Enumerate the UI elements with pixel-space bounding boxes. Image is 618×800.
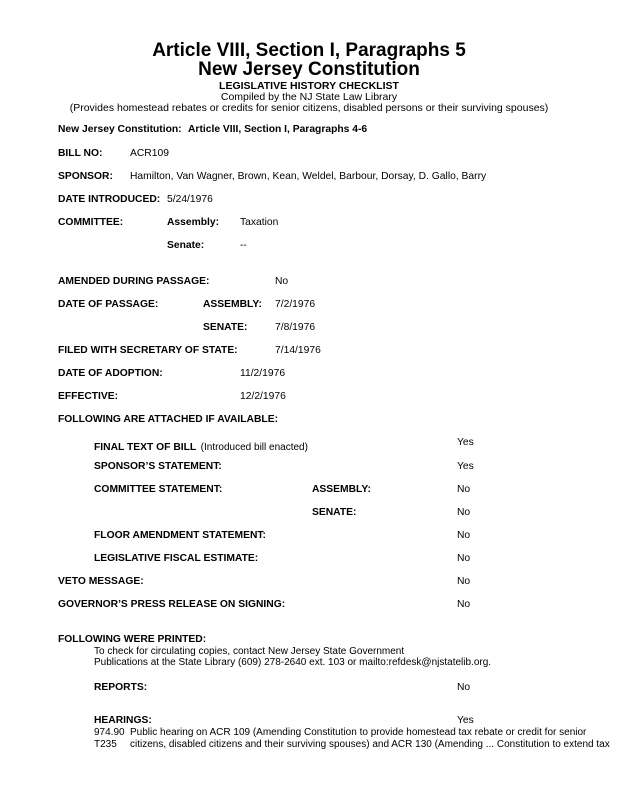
committee-label: COMMITTEE: bbox=[58, 217, 123, 228]
sponsor-value: Hamilton, Van Wagner, Brown, Kean, Welde… bbox=[130, 171, 486, 182]
adoption-label: DATE OF ADOPTION: bbox=[58, 368, 163, 379]
hearing-call-no-2: T235 bbox=[94, 739, 117, 750]
press-release-label: GOVERNOR’S PRESS RELEASE ON SIGNING: bbox=[58, 599, 285, 610]
committee-senate-value: -- bbox=[240, 240, 247, 251]
title-line-1: Article VIII, Section I, Paragraphs 5 bbox=[0, 41, 618, 61]
bill-no-label: BILL NO: bbox=[58, 148, 102, 159]
committee-statement-senate-label: SENATE: bbox=[312, 507, 356, 518]
sponsor-statement-label: SPONSOR’S STATEMENT: bbox=[94, 461, 222, 472]
press-release-value: No bbox=[457, 599, 470, 610]
committee-assembly-value: Taxation bbox=[240, 217, 278, 228]
committee-statement-senate-value: No bbox=[457, 507, 470, 518]
constitution-value: Article VIII, Section I, Paragraphs 4-6 bbox=[188, 124, 367, 135]
passage-assembly-label: ASSEMBLY: bbox=[203, 299, 262, 310]
printed-note-prefix: Publications at the State Library (609) … bbox=[94, 657, 359, 668]
printed-note-line-1: To check for circulating copies, contact… bbox=[94, 646, 404, 657]
fiscal-estimate-value: No bbox=[457, 553, 470, 564]
adoption-value: 11/2/1976 bbox=[240, 368, 285, 379]
passage-label: DATE OF PASSAGE: bbox=[58, 299, 158, 310]
constitution-label: New Jersey Constitution: bbox=[58, 124, 182, 135]
passage-assembly-value: 7/2/1976 bbox=[275, 299, 315, 310]
fiscal-estimate-label: LEGISLATIVE FISCAL ESTIMATE: bbox=[94, 553, 258, 564]
reports-value: No bbox=[457, 682, 470, 693]
sponsor-statement-value: Yes bbox=[457, 461, 474, 472]
hearing-text-line-1: Public hearing on ACR 109 (Amending Cons… bbox=[130, 727, 586, 738]
committee-statement-assembly-label: ASSEMBLY: bbox=[312, 484, 371, 495]
committee-statement-label: COMMITTEE STATEMENT: bbox=[94, 484, 222, 495]
printed-note-suffix: . bbox=[488, 657, 491, 668]
title-line-2: New Jersey Constitution bbox=[0, 60, 618, 80]
passage-senate-label: SENATE: bbox=[203, 322, 247, 333]
final-text-row: FINAL TEXT OF BILL (Introduced bill enac… bbox=[94, 437, 308, 455]
hearings-value: Yes bbox=[457, 715, 474, 726]
final-text-label: FINAL TEXT OF BILL bbox=[94, 442, 196, 453]
description: (Provides homestead rebates or credits f… bbox=[0, 102, 618, 114]
floor-amendment-value: No bbox=[457, 530, 470, 541]
date-introduced-value: 5/24/1976 bbox=[167, 194, 213, 205]
date-introduced-label: DATE INTRODUCED: bbox=[58, 194, 160, 205]
final-text-value: Yes bbox=[457, 437, 474, 448]
passage-senate-value: 7/8/1976 bbox=[275, 322, 315, 333]
filed-label: FILED WITH SECRETARY OF STATE: bbox=[58, 345, 238, 356]
final-text-note: (Introduced bill enacted) bbox=[201, 442, 308, 453]
sponsor-label: SPONSOR: bbox=[58, 171, 113, 182]
amended-value: No bbox=[275, 276, 288, 287]
attached-heading: FOLLOWING ARE ATTACHED IF AVAILABLE: bbox=[58, 414, 278, 425]
filed-value: 7/14/1976 bbox=[275, 345, 321, 356]
refdesk-email-link[interactable]: mailto:refdesk@njstatelib.org bbox=[359, 657, 488, 668]
hearing-text-line-2: citizens, disabled citizens and their su… bbox=[130, 739, 610, 750]
printed-note-line-2: Publications at the State Library (609) … bbox=[94, 657, 491, 668]
committee-senate-label: Senate: bbox=[167, 240, 204, 251]
amended-label: AMENDED DURING PASSAGE: bbox=[58, 276, 209, 287]
reports-label: REPORTS: bbox=[94, 682, 147, 693]
effective-label: EFFECTIVE: bbox=[58, 391, 118, 402]
bill-no-value: ACR109 bbox=[130, 148, 169, 159]
veto-value: No bbox=[457, 576, 470, 587]
effective-value: 12/2/1976 bbox=[240, 391, 286, 402]
veto-label: VETO MESSAGE: bbox=[58, 576, 144, 587]
floor-amendment-label: FLOOR AMENDMENT STATEMENT: bbox=[94, 530, 266, 541]
hearing-call-no-1: 974.90 bbox=[94, 727, 125, 738]
committee-assembly-label: Assembly: bbox=[167, 217, 219, 228]
committee-statement-assembly-value: No bbox=[457, 484, 470, 495]
printed-heading: FOLLOWING WERE PRINTED: bbox=[58, 634, 206, 645]
hearings-label: HEARINGS: bbox=[94, 715, 152, 726]
